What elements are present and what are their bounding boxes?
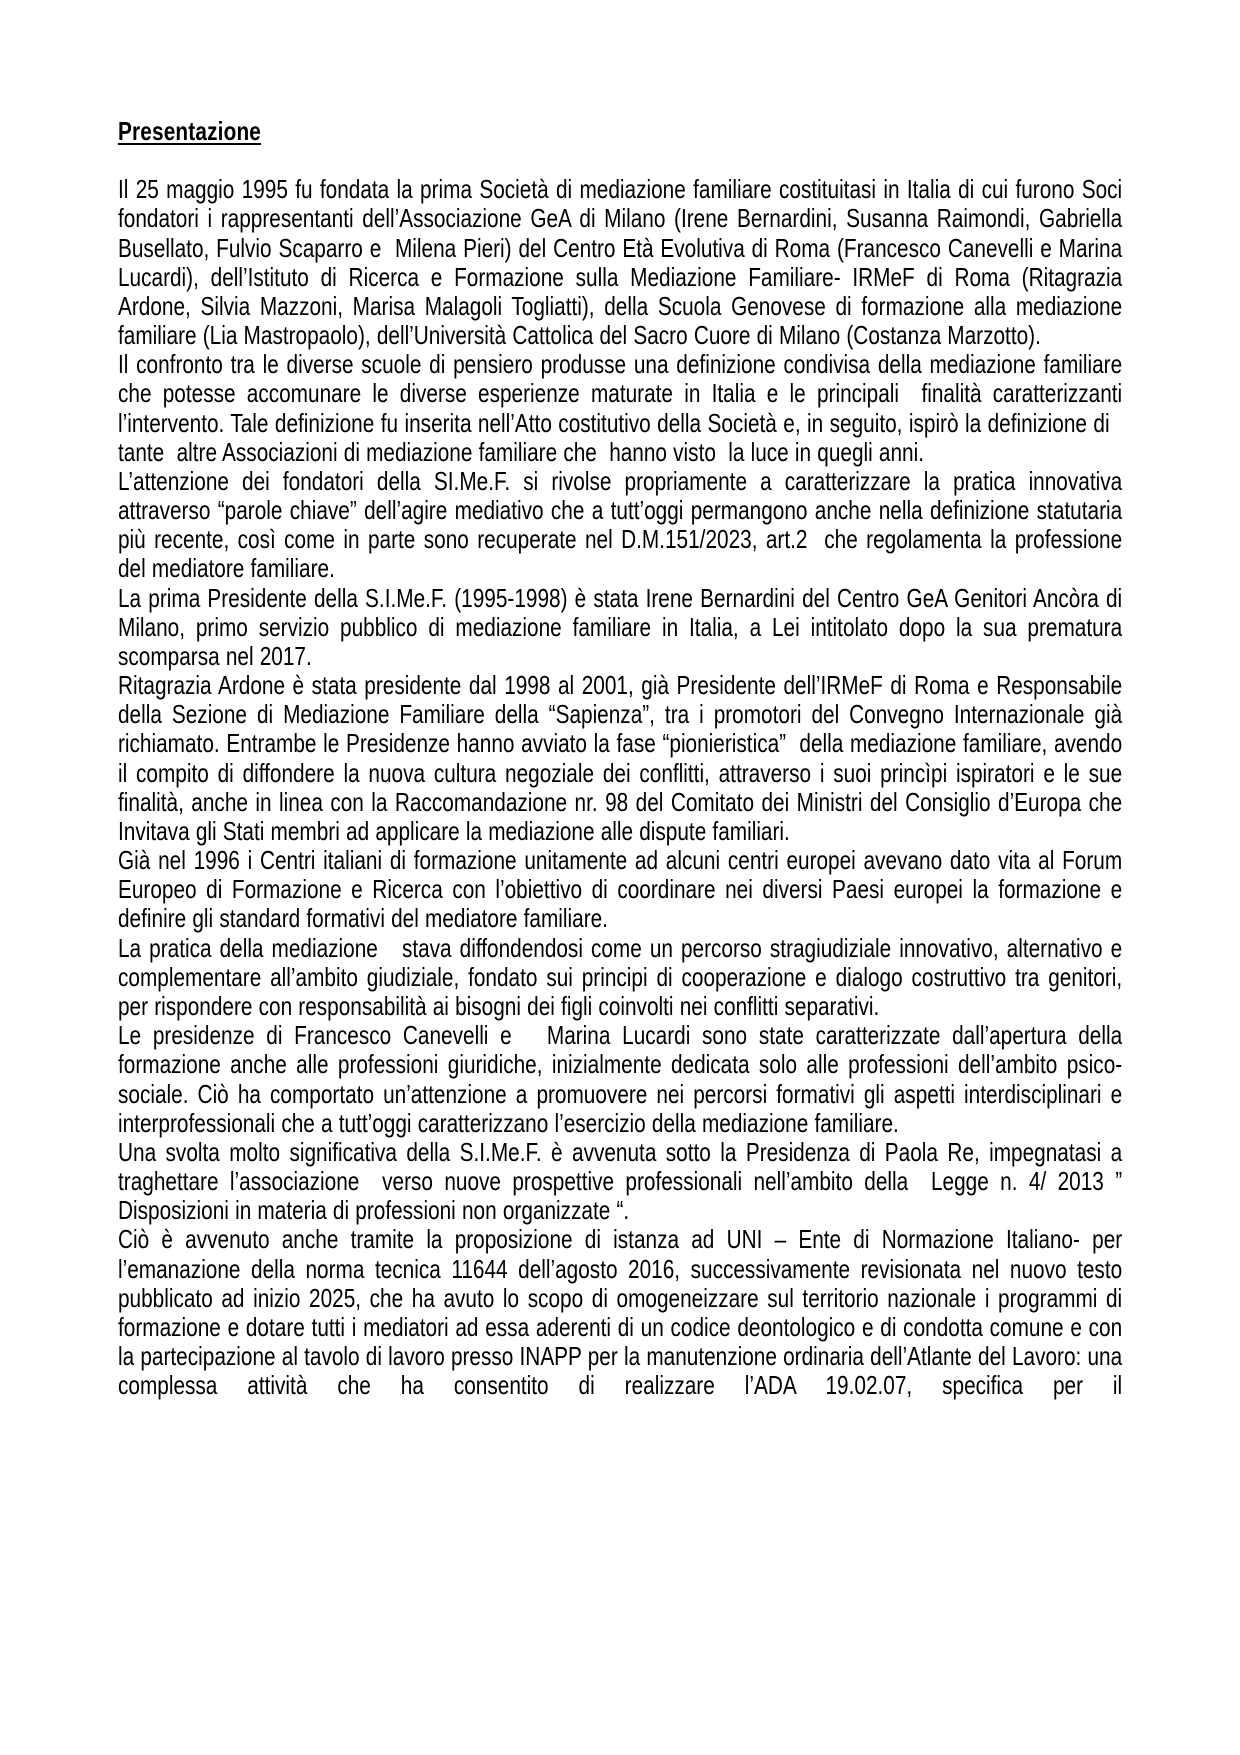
paragraph-uni-norm: Ciò è avvenuto anche tramite la proposiz… — [118, 1225, 1122, 1400]
paragraph-founding: Il 25 maggio 1995 fu fondata la prima So… — [118, 175, 1122, 350]
paragraph-keywords: L’attenzione dei fondatori della SI.Me.F… — [118, 467, 1122, 584]
document-body: Il 25 maggio 1995 fu fondata la prima So… — [118, 175, 1122, 1400]
paragraph-ardone-presidency: Ritagrazia Ardone è stata presidente dal… — [118, 671, 1122, 846]
paragraph-canevelli-lucardi: Le presidenze di Francesco Canevelli e M… — [118, 1021, 1122, 1138]
paragraph-european-forum: Già nel 1996 i Centri italiani di formaz… — [118, 846, 1122, 934]
document-title: Presentazione — [118, 117, 1122, 146]
paragraph-first-president: La prima Presidente della S.I.Me.F. (199… — [118, 584, 1122, 672]
document-content: Presentazione Il 25 maggio 1995 fu fonda… — [118, 117, 1122, 1400]
paragraph-paola-re: Una svolta molto significativa della S.I… — [118, 1138, 1122, 1226]
document-page: Presentazione Il 25 maggio 1995 fu fonda… — [0, 0, 1240, 1755]
paragraph-definition: Il confronto tra le diverse scuole di pe… — [118, 350, 1122, 467]
paragraph-mediation-practice: La pratica della mediazione stava diffon… — [118, 934, 1122, 1022]
